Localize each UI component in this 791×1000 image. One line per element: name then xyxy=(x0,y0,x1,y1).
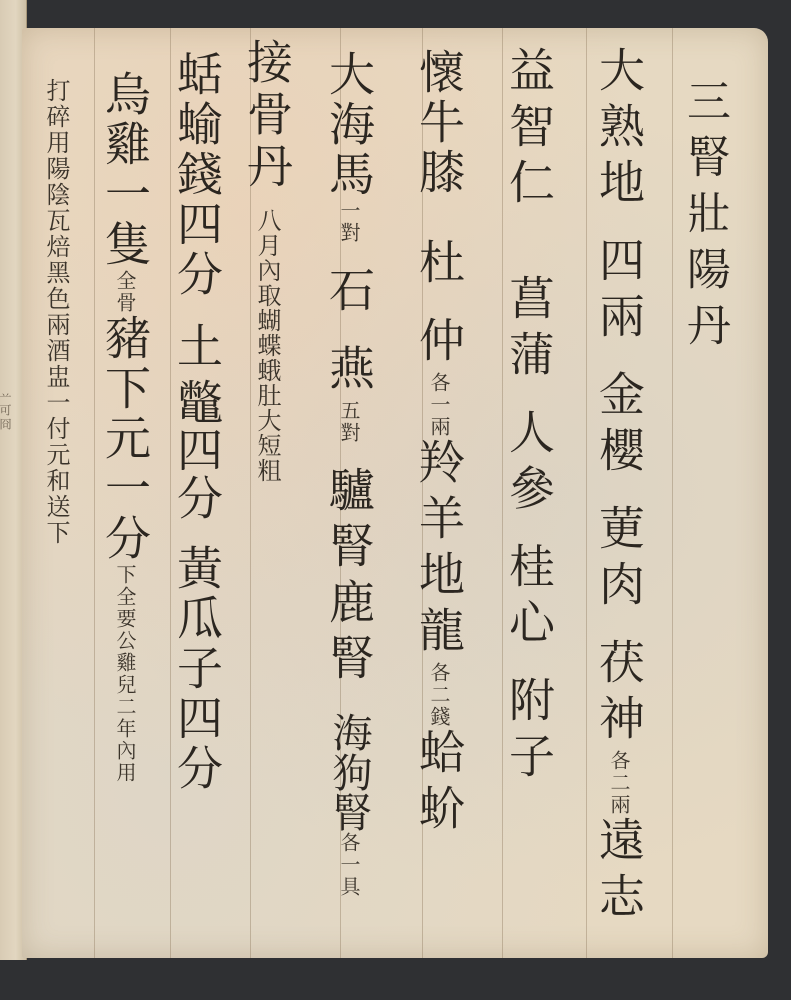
ingredient: 茯神 xyxy=(592,638,646,750)
ingredient: 石 xyxy=(322,266,376,322)
ingredient: 大熟地 xyxy=(592,46,646,214)
ingredient: 土 xyxy=(170,322,224,378)
ingredient: 鹿腎 xyxy=(322,578,376,690)
ingredient: 黃瓜子四分 xyxy=(170,544,224,794)
recipe-title-2: 接骨丹 xyxy=(240,38,294,194)
ingredient: 菖蒲 xyxy=(502,274,556,386)
dosage-note: 各一兩 xyxy=(427,372,451,438)
ingredient: 豬下元一分 xyxy=(98,314,152,564)
column-3: 益智仁菖蒲人參桂心附子 xyxy=(506,46,552,788)
left-page-text-fragment: 䒑可冏 xyxy=(0,390,14,432)
ingredient: 地龍 xyxy=(412,550,466,662)
ingredient: 大海馬 xyxy=(322,50,376,200)
ingredient: 鼈四分 xyxy=(170,378,224,522)
column-9-preparation: 打碎用陽陰瓦焙黑色兩酒盅一付元和送下 xyxy=(44,78,68,546)
dosage-note: 全骨 xyxy=(113,270,137,314)
ingredient: 海狗腎 xyxy=(326,712,372,832)
column-4: 懷牛膝杜仲各一兩羚羊地龍各二錢蛤蚧 xyxy=(416,48,462,840)
instruction-note: 八月內取蝴蝶蛾肚大短粗 xyxy=(253,208,281,483)
ingredient: 金櫻 xyxy=(592,370,646,482)
ingredient: 莄肉 xyxy=(592,504,646,616)
dosage-note: 五對 xyxy=(337,400,361,444)
ingredient: 人參 xyxy=(502,408,556,520)
column-7: 蛞蝓錢四分土鼈四分黃瓜子四分 xyxy=(174,50,220,794)
instruction-note: 下全要公雞兒二年內用 xyxy=(113,564,137,784)
ingredient: 懷牛膝 xyxy=(412,48,466,198)
manuscript-page: 三腎壯陽丹 大熟地四兩金櫻莄肉茯神各二兩遠志 益智仁菖蒲人參桂心附子 懷牛膝杜仲… xyxy=(22,28,768,958)
column-2: 大熟地四兩金櫻莄肉茯神各二兩遠志 xyxy=(596,46,642,928)
recipe-title: 三腎壯陽丹 xyxy=(682,78,726,358)
rule-line xyxy=(672,28,673,958)
column-8: 烏雞一隻全骨豬下元一分下全要公雞兒二年內用 xyxy=(102,70,148,784)
ingredient: 蛞蝓錢四分 xyxy=(170,50,224,300)
dosage-note: 各一具 xyxy=(337,832,361,898)
ingredient: 燕 xyxy=(322,344,376,400)
ingredient: 附子 xyxy=(502,676,556,788)
column-5: 大海馬一對石燕五對驢腎鹿腎海狗腎各一具 xyxy=(326,50,372,898)
dosage-note: 各二兩 xyxy=(607,750,631,816)
ingredient: 蛤蚧 xyxy=(412,728,466,840)
ingredient: 驢腎 xyxy=(322,466,376,578)
rule-line xyxy=(94,28,95,958)
ingredient: 杜 xyxy=(412,238,466,294)
ingredient: 羚羊 xyxy=(412,438,466,550)
ingredient: 烏雞一隻 xyxy=(98,70,152,270)
ingredient: 益智仁 xyxy=(502,46,556,214)
quantity: 四兩 xyxy=(592,236,646,348)
ingredient: 仲 xyxy=(412,316,466,372)
dosage-note: 一對 xyxy=(337,200,361,244)
column-6: 接骨丹八月內取蝴蝶蛾肚大短粗 xyxy=(244,38,290,483)
ingredient: 桂心 xyxy=(502,542,556,654)
ingredient: 遠志 xyxy=(592,816,646,928)
dosage-note: 各二錢 xyxy=(427,662,451,728)
rule-line xyxy=(586,28,587,958)
